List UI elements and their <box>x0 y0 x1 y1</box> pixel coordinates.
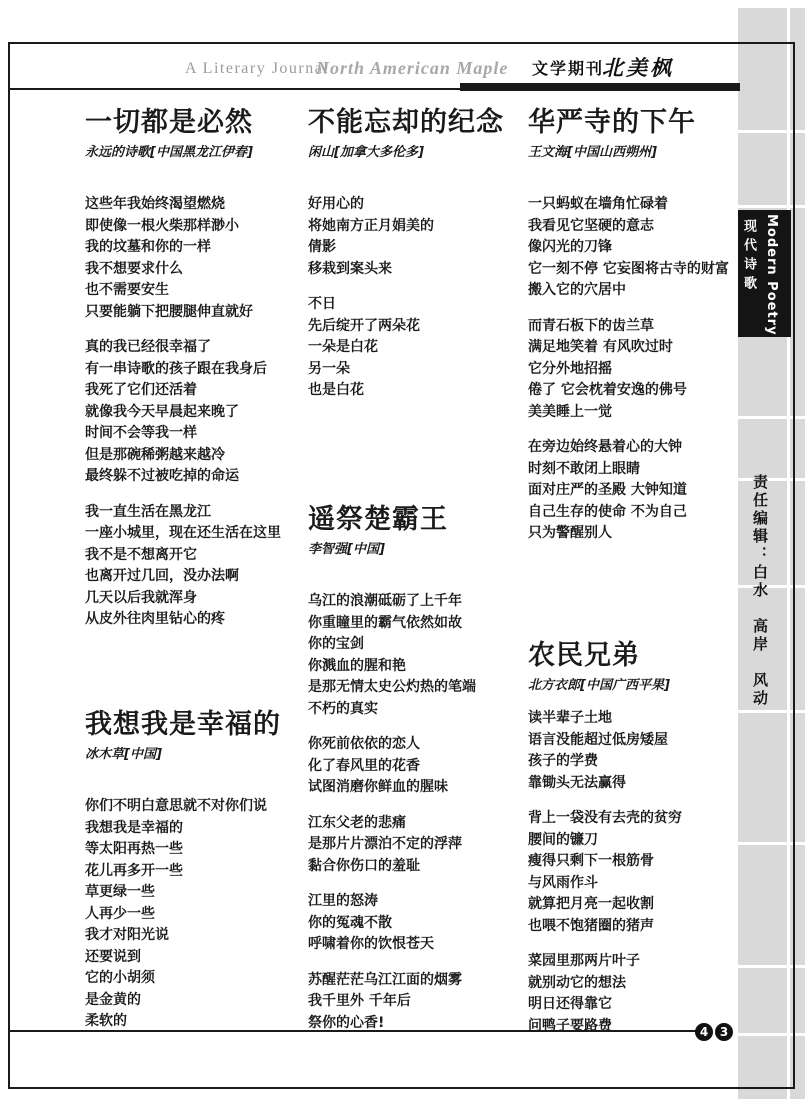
poem-line: 语言没能超过低房矮屋 <box>528 730 748 752</box>
side-strip <box>738 8 805 1099</box>
poem-line: 我想我是幸福的 <box>85 818 305 840</box>
poem-line: 读半辈子土地 <box>528 708 748 730</box>
poem-line: 我才对阳光说 <box>85 925 305 947</box>
poem-line: 就别动它的想法 <box>528 973 748 995</box>
poem-line: 我死了它们还活着 <box>85 380 305 402</box>
poem-line: 只要能躺下把腰腿伸直就好 <box>85 302 305 324</box>
editors-credit: 责任编辑：白水 高岸 风动 <box>750 474 770 708</box>
stanza: 这些年我始终渴望燃烧即使像一根火柴那样渺小我的坟墓和你的一样我不想要求什么也不需… <box>85 194 305 323</box>
strip-separator <box>738 130 805 133</box>
journal-name-cn: 北美枫 <box>602 52 674 82</box>
poem-line: 就算把月亮一起收割 <box>528 894 748 916</box>
poem-line: 孩子的学费 <box>528 751 748 773</box>
poem-line: 苏醒茫茫乌江江面的烟雾 <box>308 970 528 992</box>
stanza: 好用心的将她南方正月娟美的倩影移栽到案头来 <box>308 194 528 280</box>
poem-line: 你溅血的腥和艳 <box>308 656 528 678</box>
poem-line: 不日 <box>308 294 528 316</box>
stanza: 你死前依依的恋人化了春风里的花香试图消磨你鲜血的腥味 <box>308 734 528 799</box>
stanza: 真的我已经很幸福了有一串诗歌的孩子跟在我身后我死了它们还活着就像我今天早晨起来晚… <box>85 337 305 488</box>
poem-line: 明日还得靠它 <box>528 994 748 1016</box>
poem-line: 时间不会等我一样 <box>85 423 305 445</box>
poem-line: 不朽的真实 <box>308 699 528 721</box>
stanza: 乌江的浪潮砥砺了上千年你重瞳里的霸气依然如故你的宝剑你溅血的腥和艳是那无情太史公… <box>308 591 528 720</box>
poem-line: 移栽到案头来 <box>308 259 528 281</box>
poem-line: 面对庄严的圣殿 大钟知道 <box>528 480 748 502</box>
poem-huayansi-de-xiawu: 华严寺的下午 王文海[中国山西朔州] 一只蚂蚁在墙角忙碌着我看见它坚硬的意志像闪… <box>528 108 748 559</box>
strip-separator <box>738 842 805 845</box>
poem-woxiang-woshi-xingfude: 我想我是幸福的 冰木草[中国] 你们不明白意思就不对你们说我想我是幸福的等太阳再… <box>85 710 305 1047</box>
poem-line: 从皮外往肉里钻心的疼 <box>85 609 305 631</box>
poem-line: 等太阳再热一些 <box>85 839 305 861</box>
stanza: 在旁边始终悬着心的大钟时刻不敢闭上眼睛面对庄严的圣殿 大钟知道自己生存的使命 不… <box>528 437 748 545</box>
poem-line: 背上一袋没有去壳的贫穷 <box>528 808 748 830</box>
poem-line: 草更绿一些 <box>85 882 305 904</box>
journal-page: Modern Poetry 现代诗歌 责任编辑：白水 高岸 风动 A Liter… <box>0 0 805 1099</box>
poem-line: 菜园里那两片叶子 <box>528 951 748 973</box>
poem-line: 搬入它的穴居中 <box>528 280 748 302</box>
poem-title: 遥祭楚霸王 <box>308 505 528 535</box>
poem-line: 化了春风里的花香 <box>308 756 528 778</box>
poem-title: 我想我是幸福的 <box>85 710 305 740</box>
poem-author: 王文海[中国山西朔州] <box>528 144 748 162</box>
poem-line: 是金黄的 <box>85 990 305 1012</box>
stanza: 而青石板下的齿兰草满足地笑着 有风吹过时它分外地招摇倦了 它会枕着安逸的佛号美美… <box>528 316 748 424</box>
poem-yaoji-chubawang: 遥祭楚霸王 李智强[中国] 乌江的浪潮砥砺了上千年你重瞳里的霸气依然如故你的宝剑… <box>308 505 528 1048</box>
poem-title: 一切都是必然 <box>85 108 305 138</box>
poem-line: 也喂不饱猪圈的猪声 <box>528 916 748 938</box>
stanza: 苏醒茫茫乌江江面的烟雾我千里外 千年后祭你的心香! <box>308 970 528 1035</box>
poem-body: 一只蚂蚁在墙角忙碌着我看见它坚硬的意志像闪光的刀锋它一刻不停 它妄图将古寺的财富… <box>528 194 748 545</box>
page-number-badge: 3 <box>715 1023 733 1041</box>
poem-line: 倦了 它会枕着安逸的佛号 <box>528 380 748 402</box>
poem-line: 时刻不敢闭上眼睛 <box>528 459 748 481</box>
poem-line: 它的小胡须 <box>85 968 305 990</box>
poem-line: 你死前依依的恋人 <box>308 734 528 756</box>
strip-separator <box>738 585 805 588</box>
strip-separator <box>738 1033 805 1036</box>
poem-line: 呼啸着你的饮恨苍天 <box>308 934 528 956</box>
poem-line: 你们不明白意思就不对你们说 <box>85 796 305 818</box>
poem-line: 也离开过几回，没办法啊 <box>85 566 305 588</box>
poem-line: 只为警醒别人 <box>528 523 748 545</box>
poem-body: 乌江的浪潮砥砺了上千年你重瞳里的霸气依然如故你的宝剑你溅血的腥和艳是那无情太史公… <box>308 591 528 1034</box>
stanza: 我一直生活在黑龙江一座小城里，现在还生活在这里我不是不想离开它也离开过几回，没办… <box>85 502 305 631</box>
poem-line: 真的我已经很幸福了 <box>85 337 305 359</box>
poem-line: 它一刻不停 它妄图将古寺的财富 <box>528 259 748 281</box>
poem-body: 这些年我始终渴望燃烧即使像一根火柴那样渺小我的坟墓和你的一样我不想要求什么也不需… <box>85 194 305 631</box>
poem-line: 我一直生活在黑龙江 <box>85 502 305 524</box>
journal-title-script: North American Maple <box>316 58 508 79</box>
poem-line: 好用心的 <box>308 194 528 216</box>
poem-line: 这些年我始终渴望燃烧 <box>85 194 305 216</box>
poem-line: 你的宝剑 <box>308 634 528 656</box>
poem-line: 它分外地招摇 <box>528 359 748 381</box>
poem-body: 读半辈子土地语言没能超过低房矮屋孩子的学费靠锄头无法赢得背上一袋没有去壳的贫穷腰… <box>528 708 748 1037</box>
journal-type-cn: 文学期刊 <box>532 56 604 79</box>
poem-line: 我的坟墓和你的一样 <box>85 237 305 259</box>
poem-line: 你的冤魂不散 <box>308 913 528 935</box>
poem-author: 北方衣郎[中国广西平果] <box>528 677 748 695</box>
strip-separator <box>738 416 805 419</box>
poem-line: 黏合你伤口的羞耻 <box>308 856 528 878</box>
side-strip-divider <box>787 8 790 1099</box>
poem-body: 你们不明白意思就不对你们说我想我是幸福的等太阳再热一些花儿再多开一些草更绿一些人… <box>85 796 305 1033</box>
poem-line: 一只蚂蚁在墙角忙碌着 <box>528 194 748 216</box>
poem-body: 好用心的将她南方正月娟美的倩影移栽到案头来不日先后绽开了两朵花一朵是白花另一朵也… <box>308 194 528 402</box>
poem-author: 冰木草[中国] <box>85 746 305 764</box>
poem-line: 但是那碗稀粥越来越冷 <box>85 445 305 467</box>
poem-line: 靠锄头无法赢得 <box>528 773 748 795</box>
poem-line: 几天以后我就浑身 <box>85 588 305 610</box>
poem-line: 乌江的浪潮砥砺了上千年 <box>308 591 528 613</box>
poem-line: 倩影 <box>308 237 528 259</box>
poem-line: 在旁边始终悬着心的大钟 <box>528 437 748 459</box>
poem-line: 也是白花 <box>308 380 528 402</box>
poem-nongmin-xiongdi: 农民兄弟 北方衣郎[中国广西平果] 读半辈子土地语言没能超过低房矮屋孩子的学费靠… <box>528 641 748 1051</box>
header-bar <box>460 83 740 91</box>
strip-separator <box>738 710 805 713</box>
poem-line: 也不需要安生 <box>85 280 305 302</box>
poem-buneng-wangque-de-jinian: 不能忘却的纪念 闲山[加拿大多伦多] 好用心的将她南方正月娟美的倩影移栽到案头来… <box>308 108 528 416</box>
poem-line: 我千里外 千年后 <box>308 991 528 1013</box>
poem-line: 一朵是白花 <box>308 337 528 359</box>
poem-author: 永远的诗歌[中国黑龙江伊春] <box>85 144 305 162</box>
poem-line: 自己生存的使命 不为自己 <box>528 502 748 524</box>
poem-line: 江里的怒涛 <box>308 891 528 913</box>
poem-line: 像闪光的刀锋 <box>528 237 748 259</box>
poem-line: 最终躲不过被吃掉的命运 <box>85 466 305 488</box>
poem-line: 腰间的镰刀 <box>528 830 748 852</box>
stanza: 江里的怒涛你的冤魂不散呼啸着你的饮恨苍天 <box>308 891 528 956</box>
poem-line: 与风雨作斗 <box>528 873 748 895</box>
poem-line: 而青石板下的齿兰草 <box>528 316 748 338</box>
journal-title-en: A Literary Journal <box>185 60 329 78</box>
poem-line: 人再少一些 <box>85 904 305 926</box>
strip-separator <box>738 478 805 481</box>
poem-title: 华严寺的下午 <box>528 108 748 138</box>
poem-line: 是那无情太史公灼热的笔端 <box>308 677 528 699</box>
poem-line: 美美睡上一觉 <box>528 402 748 424</box>
stanza: 背上一袋没有去壳的贫穷腰间的镰刀瘦得只剩下一根筋骨与风雨作斗就算把月亮一起收割也… <box>528 808 748 937</box>
strip-separator <box>738 965 805 968</box>
stanza: 一只蚂蚁在墙角忙碌着我看见它坚硬的意志像闪光的刀锋它一刻不停 它妄图将古寺的财富… <box>528 194 748 302</box>
stanza: 你们不明白意思就不对你们说我想我是幸福的等太阳再热一些花儿再多开一些草更绿一些人… <box>85 796 305 1033</box>
poem-line: 瘦得只剩下一根筋骨 <box>528 851 748 873</box>
poem-line: 另一朵 <box>308 359 528 381</box>
poem-line: 你重瞳里的霸气依然如故 <box>308 613 528 635</box>
poem-author: 李智强[中国] <box>308 541 528 559</box>
footer-rule <box>8 1030 712 1032</box>
poem-line: 是那片片漂泊不定的浮萍 <box>308 834 528 856</box>
page-number-badge: 4 <box>695 1023 713 1041</box>
poem-line: 我看见它坚硬的意志 <box>528 216 748 238</box>
poem-line: 江东父老的悲痛 <box>308 813 528 835</box>
stanza: 江东父老的悲痛是那片片漂泊不定的浮萍黏合你伤口的羞耻 <box>308 813 528 878</box>
poem-line: 就像我今天早晨起来晚了 <box>85 402 305 424</box>
poem-line: 满足地笑着 有风吹过时 <box>528 337 748 359</box>
poem-title: 不能忘却的纪念 <box>308 108 528 138</box>
poem-line: 即使像一根火柴那样渺小 <box>85 216 305 238</box>
poem-line: 先后绽开了两朵花 <box>308 316 528 338</box>
poem-author: 闲山[加拿大多伦多] <box>308 144 528 162</box>
stanza: 菜园里那两片叶子就别动它的想法明日还得靠它问鸭子要路费 <box>528 951 748 1037</box>
stanza: 不日先后绽开了两朵花一朵是白花另一朵也是白花 <box>308 294 528 402</box>
poem-line: 花儿再多开一些 <box>85 861 305 883</box>
poem-line: 将她南方正月娟美的 <box>308 216 528 238</box>
section-label-en: Modern Poetry <box>763 214 779 336</box>
stanza: 读半辈子土地语言没能超过低房矮屋孩子的学费靠锄头无法赢得 <box>528 708 748 794</box>
poem-line: 还要说到 <box>85 947 305 969</box>
strip-separator <box>738 205 805 208</box>
poem-line: 一座小城里，现在还生活在这里 <box>85 523 305 545</box>
poem-yiqie-doushi-biran: 一切都是必然 永远的诗歌[中国黑龙江伊春] 这些年我始终渴望燃烧即使像一根火柴那… <box>85 108 305 645</box>
poem-line: 试图消磨你鲜血的腥味 <box>308 777 528 799</box>
poem-line: 我不想要求什么 <box>85 259 305 281</box>
poem-title: 农民兄弟 <box>528 641 748 671</box>
poem-line: 有一串诗歌的孩子跟在我身后 <box>85 359 305 381</box>
poem-line: 我不是不想离开它 <box>85 545 305 567</box>
